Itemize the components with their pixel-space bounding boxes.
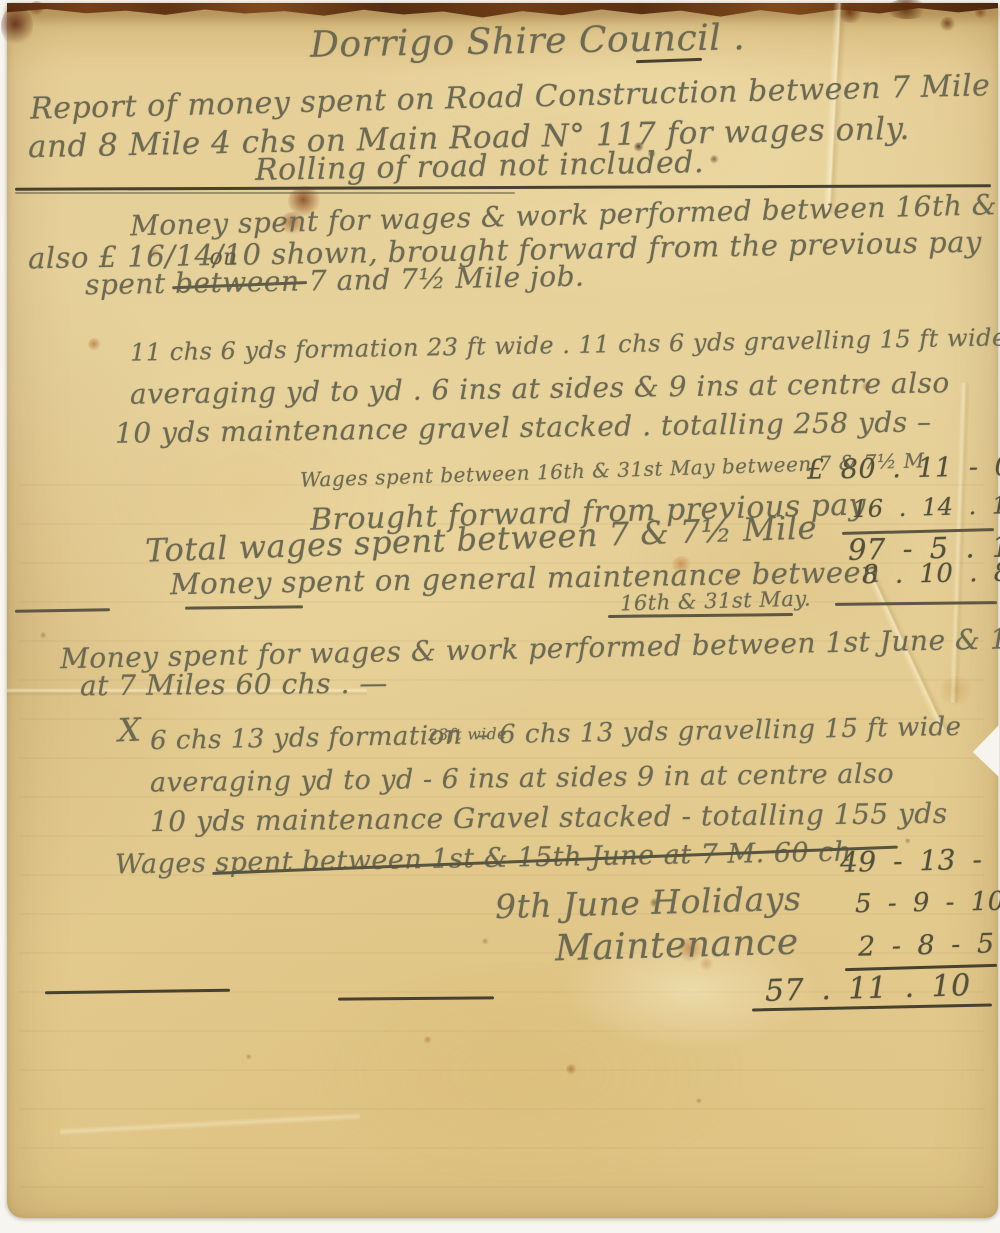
foxing-spot — [940, 676, 974, 706]
may-works-line-2: averaging yd to yd . 6 ins at sides & 9 … — [130, 366, 950, 410]
closing-dash — [45, 989, 230, 995]
closing-dash — [15, 608, 110, 612]
june-works1-end: – 6 chs 13 yds gravelling 15 ft wide — [477, 712, 962, 750]
foxing-spot — [246, 1054, 252, 1060]
june-para-line-2: at 7 Miles 60 chs . — — [80, 667, 388, 703]
june-ledger-total-amount: 57 . 11 . 10 — [765, 968, 972, 1009]
scanned-document-page: Dorrigo Shire Council . Report of money … — [0, 0, 1000, 1233]
june-ledger-row1-label: Wages spent between 1st & 15th June at 7… — [115, 837, 852, 881]
june-works1-start: 6 chs 13 yds formation — [150, 721, 463, 756]
june-ledger-row3-label: Maintenance — [554, 922, 799, 970]
closing-dash — [608, 613, 793, 617]
june-works-line-1: 6 chs 13 yds formation23ft wide – 6 chs … — [150, 712, 962, 756]
foxing-spot — [40, 632, 47, 639]
may-line3-inserted-word: on — [209, 245, 238, 270]
foxing-spot — [482, 938, 489, 945]
may-line3-start: spent — [85, 267, 166, 301]
section-divider — [15, 192, 515, 194]
ink-spot — [710, 155, 719, 164]
may-ledger-row4-amount: 8 . 10 . 8 — [862, 558, 1000, 591]
may-ledger-row2-amount: 16 . 14 . 10 — [852, 491, 1000, 523]
may-ledger-row1-amount: £ 80 . 11 - 0 — [807, 451, 1000, 486]
foxing-spot — [88, 338, 101, 351]
crease-line — [60, 1112, 360, 1136]
june-ledger-row2-label: 9th June Holidays — [495, 879, 802, 927]
may-line3-end: 7 and 7½ Mile job. — [309, 260, 585, 298]
closing-dash — [185, 605, 303, 609]
closing-dash — [835, 601, 997, 605]
age-mottling — [307, 963, 747, 1183]
june-works-line-2: averaging yd to yd - 6 ins at sides 9 in… — [150, 758, 894, 798]
june-works1-inserted-note: 23ft wide — [428, 725, 507, 744]
paper-sheet: Dorrigo Shire Council . Report of money … — [7, 3, 998, 1218]
foxing-spot — [905, 838, 911, 844]
june-row1-struck-phrase: spent between 1st & 15th June at 7 M. 60… — [215, 837, 852, 879]
june-ledger-row1-amount: 49 - 13 - 7 — [840, 842, 1000, 879]
may-ledger-row4-sublabel: 16th & 31st May. — [620, 587, 812, 616]
section-divider — [15, 184, 991, 190]
crease-line — [823, 3, 848, 213]
may-line3-struck-word: betweenon — [175, 265, 300, 300]
foxing-spot — [566, 1064, 577, 1075]
may-works-line-1: 11 chs 6 yds formation 23 ft wide . 11 c… — [130, 323, 1000, 366]
june-ledger-row3-amount: 2 - 8 - 5 — [858, 928, 995, 962]
margin-cross-mark: X — [117, 711, 142, 750]
june-works-line-3: 10 yds maintenance Gravel stacked - tota… — [150, 797, 948, 838]
june-ledger-row2-amount: 5 - 9 - 10 — [855, 887, 1000, 920]
foxing-spot — [424, 1036, 432, 1044]
foxing-spot — [696, 1098, 702, 1104]
heading-line-3: Rolling of road not included. — [255, 145, 705, 188]
june-para-line-1: Money spent for wages & work performed b… — [60, 620, 1000, 675]
june-row1-label-start: Wages — [115, 848, 207, 881]
may-works-line-3: 10 yds maintenance gravel stacked . tota… — [115, 405, 932, 449]
closing-dash — [338, 996, 494, 1000]
torn-edge-notch — [967, 725, 999, 777]
